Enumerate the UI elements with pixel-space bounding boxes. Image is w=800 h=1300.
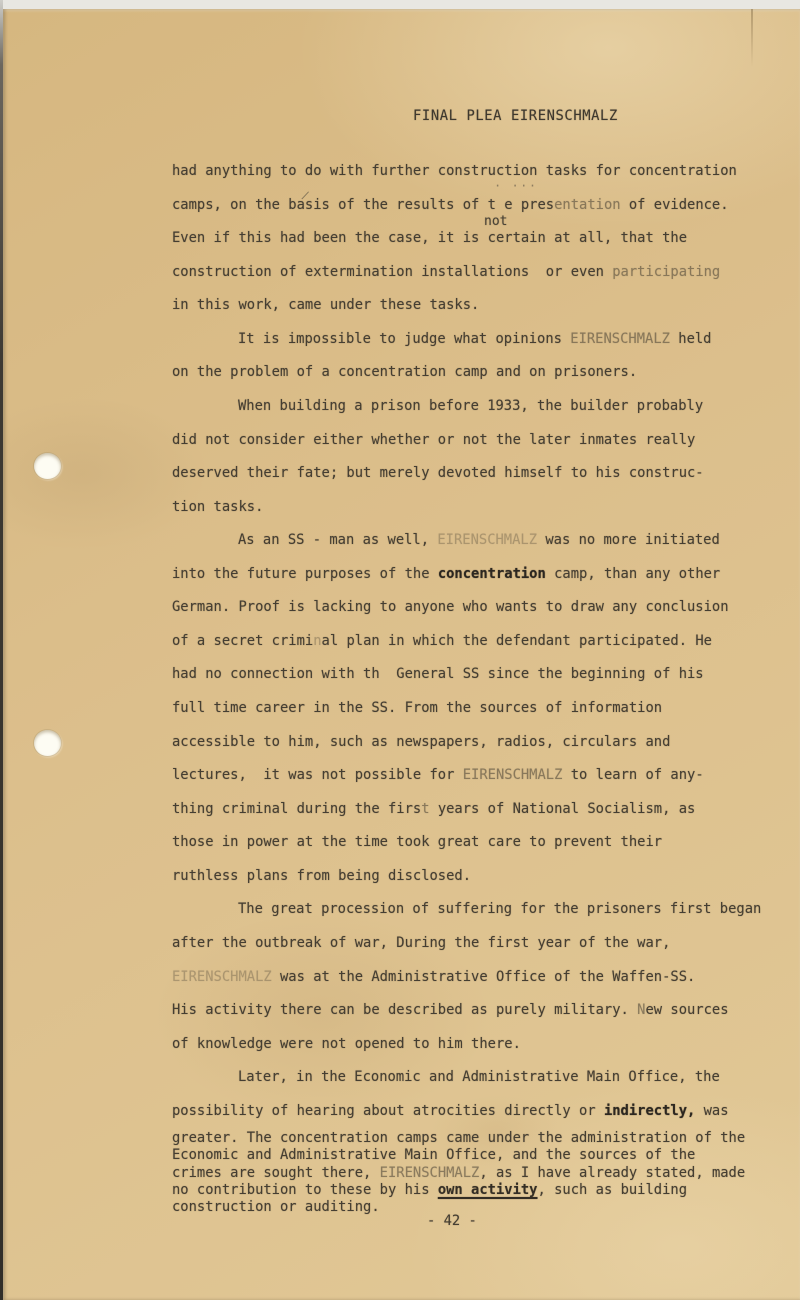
text-segment: concentration (438, 566, 546, 582)
text-segment: EIRENSCHMALZ (380, 1165, 480, 1181)
text-segment: When building a prison before 1933, the … (238, 398, 703, 414)
body-text: had anything to do with further construc… (172, 155, 797, 1128)
text-segment: those in power at the time took great ca… (172, 834, 662, 850)
text-line: had anything to do with further construc… (172, 155, 797, 189)
text-segment: was (695, 1103, 728, 1119)
text-line: possibility of hearing about atrocities … (172, 1095, 797, 1129)
text-segment: did not consider either whether or not t… (172, 432, 695, 448)
text-segment: accessible to him, such as newspapers, r… (172, 734, 670, 750)
text-line: those in power at the time took great ca… (172, 826, 797, 860)
text-line: of a secret criminal plan in which the d… (172, 625, 797, 659)
text-segment: al plan in which the defendant participa… (322, 633, 712, 649)
text-line: in this work, came under these tasks. (172, 289, 797, 323)
text-line: The great procession of suffering for th… (172, 893, 797, 927)
text-segment: held (670, 331, 712, 347)
text-segment: EIRENSCHMALZ (172, 969, 272, 985)
punch-hole-top (34, 453, 61, 479)
text-segment: full time career in the SS. From the sou… (172, 700, 662, 716)
text-segment: construction or auditing. (172, 1199, 380, 1215)
closing-paragraph: greater. The concentration camps came un… (172, 1130, 797, 1216)
text-segment: , as I have already stated, made (479, 1165, 745, 1181)
text-line: greater. The concentration camps came un… (172, 1130, 797, 1147)
text-segment: of knowledge were not opened to him ther… (172, 1036, 521, 1052)
text-segment: into the future purposes of the (172, 566, 438, 582)
text-segment: possibility of hearing about atrocities … (172, 1103, 604, 1119)
text-segment: camps, on the basis of the results of t … (172, 197, 554, 213)
text-segment: of evidence. (621, 197, 729, 213)
text-line: after the outbreak of war, During the fi… (172, 927, 797, 961)
text-segment: entation (554, 197, 620, 213)
text-segment: The great procession of suffering for th… (238, 901, 761, 917)
text-segment: deserved their fate; but merely devoted … (172, 465, 704, 481)
text-segment: n (313, 633, 321, 649)
text-line: As an SS - man as well, EIRENSCHMALZ was… (172, 524, 797, 558)
text-segment: , such as building (538, 1182, 688, 1198)
text-segment: had anything to do with further construc… (172, 163, 737, 179)
text-segment: construction of extermination installati… (172, 264, 612, 280)
text-segment: tion tasks. (172, 499, 263, 515)
paper-sheet: FINAL PLEA EIRENSCHMALZ · ··· / not had … (3, 9, 800, 1300)
text-segment: indirectly, (604, 1103, 695, 1119)
text-line: Even if this had been the case, it is ce… (172, 222, 797, 256)
text-line: Economic and Administrative Main Office,… (172, 1147, 797, 1164)
text-line: accessible to him, such as newspapers, r… (172, 726, 797, 760)
page-number: - 42 - (427, 1213, 477, 1229)
text-segment: EIRENSCHMALZ (570, 331, 670, 347)
text-line: It is impossible to judge what opinions … (172, 323, 797, 357)
text-segment: ew sources (645, 1002, 728, 1018)
text-line: full time career in the SS. From the sou… (172, 692, 797, 726)
text-line: deserved their fate; but merely devoted … (172, 457, 797, 491)
text-line: Later, in the Economic and Administrativ… (172, 1061, 797, 1095)
text-line: did not consider either whether or not t… (172, 424, 797, 458)
text-line: no contribution to these by his own acti… (172, 1182, 797, 1199)
text-line: When building a prison before 1933, the … (172, 390, 797, 424)
text-segment: own activity (438, 1182, 538, 1198)
text-segment: German. Proof is lacking to anyone who w… (172, 599, 729, 615)
text-segment: no contribution to these by his (172, 1182, 438, 1198)
text-segment: His activity there can be described as p… (172, 1002, 637, 1018)
text-segment: crimes are sought there, (172, 1165, 380, 1181)
text-line: German. Proof is lacking to anyone who w… (172, 591, 797, 625)
underlying-page-edge (751, 9, 753, 67)
text-segment: was at the Administrative Office of the … (272, 969, 696, 985)
text-segment: was no more initiated (537, 532, 720, 548)
text-line: on the problem of a concentration camp a… (172, 356, 797, 390)
text-segment: It is impossible to judge what opinions (238, 331, 570, 347)
text-segment: Even if this had been the case, it is ce… (172, 230, 687, 246)
text-segment: ruthless plans from being disclosed. (172, 868, 471, 884)
text-segment: thing criminal during the firs (172, 801, 421, 817)
punch-hole-bottom (34, 730, 61, 756)
text-segment: EIRENSCHMALZ (437, 532, 537, 548)
text-segment: after the outbreak of war, During the fi… (172, 935, 670, 951)
text-line: construction or auditing. (172, 1199, 797, 1216)
text-segment: Economic and Administrative Main Office,… (172, 1147, 695, 1163)
text-line: thing criminal during the first years of… (172, 793, 797, 827)
text-line: lectures, it was not possible for EIRENS… (172, 759, 797, 793)
text-line: crimes are sought there, EIRENSCHMALZ, a… (172, 1165, 797, 1182)
text-line: His activity there can be described as p… (172, 994, 797, 1028)
text-segment: of a secret crimi (172, 633, 313, 649)
text-segment: years of National Socialism, as (430, 801, 696, 817)
text-segment: lectures, it was not possible for (172, 767, 463, 783)
text-line: camps, on the basis of the results of t … (172, 189, 797, 223)
text-segment: N (637, 1002, 645, 1018)
text-segment: to learn of any- (562, 767, 703, 783)
text-line: construction of extermination installati… (172, 256, 797, 290)
text-segment: Later, in the Economic and Administrativ… (238, 1069, 720, 1085)
text-segment: had no connection with th General SS sin… (172, 666, 704, 682)
text-segment: camp, than any other (546, 566, 720, 582)
text-line: had no connection with th General SS sin… (172, 658, 797, 692)
scanned-document-page: FINAL PLEA EIRENSCHMALZ · ··· / not had … (0, 0, 800, 1300)
text-segment: greater. The concentration camps came un… (172, 1130, 745, 1146)
text-segment: on the problem of a concentration camp a… (172, 364, 637, 380)
text-segment: EIRENSCHMALZ (463, 767, 563, 783)
text-segment: As an SS - man as well, (238, 532, 437, 548)
document-title: FINAL PLEA EIRENSCHMALZ (413, 108, 618, 124)
text-line: tion tasks. (172, 491, 797, 525)
text-line: ruthless plans from being disclosed. (172, 860, 797, 894)
text-line: of knowledge were not opened to him ther… (172, 1028, 797, 1062)
text-line: into the future purposes of the concentr… (172, 558, 797, 592)
text-segment: in this work, came under these tasks. (172, 297, 479, 313)
text-segment: t (421, 801, 429, 817)
text-line: EIRENSCHMALZ was at the Administrative O… (172, 961, 797, 995)
text-segment: participating (612, 264, 720, 280)
